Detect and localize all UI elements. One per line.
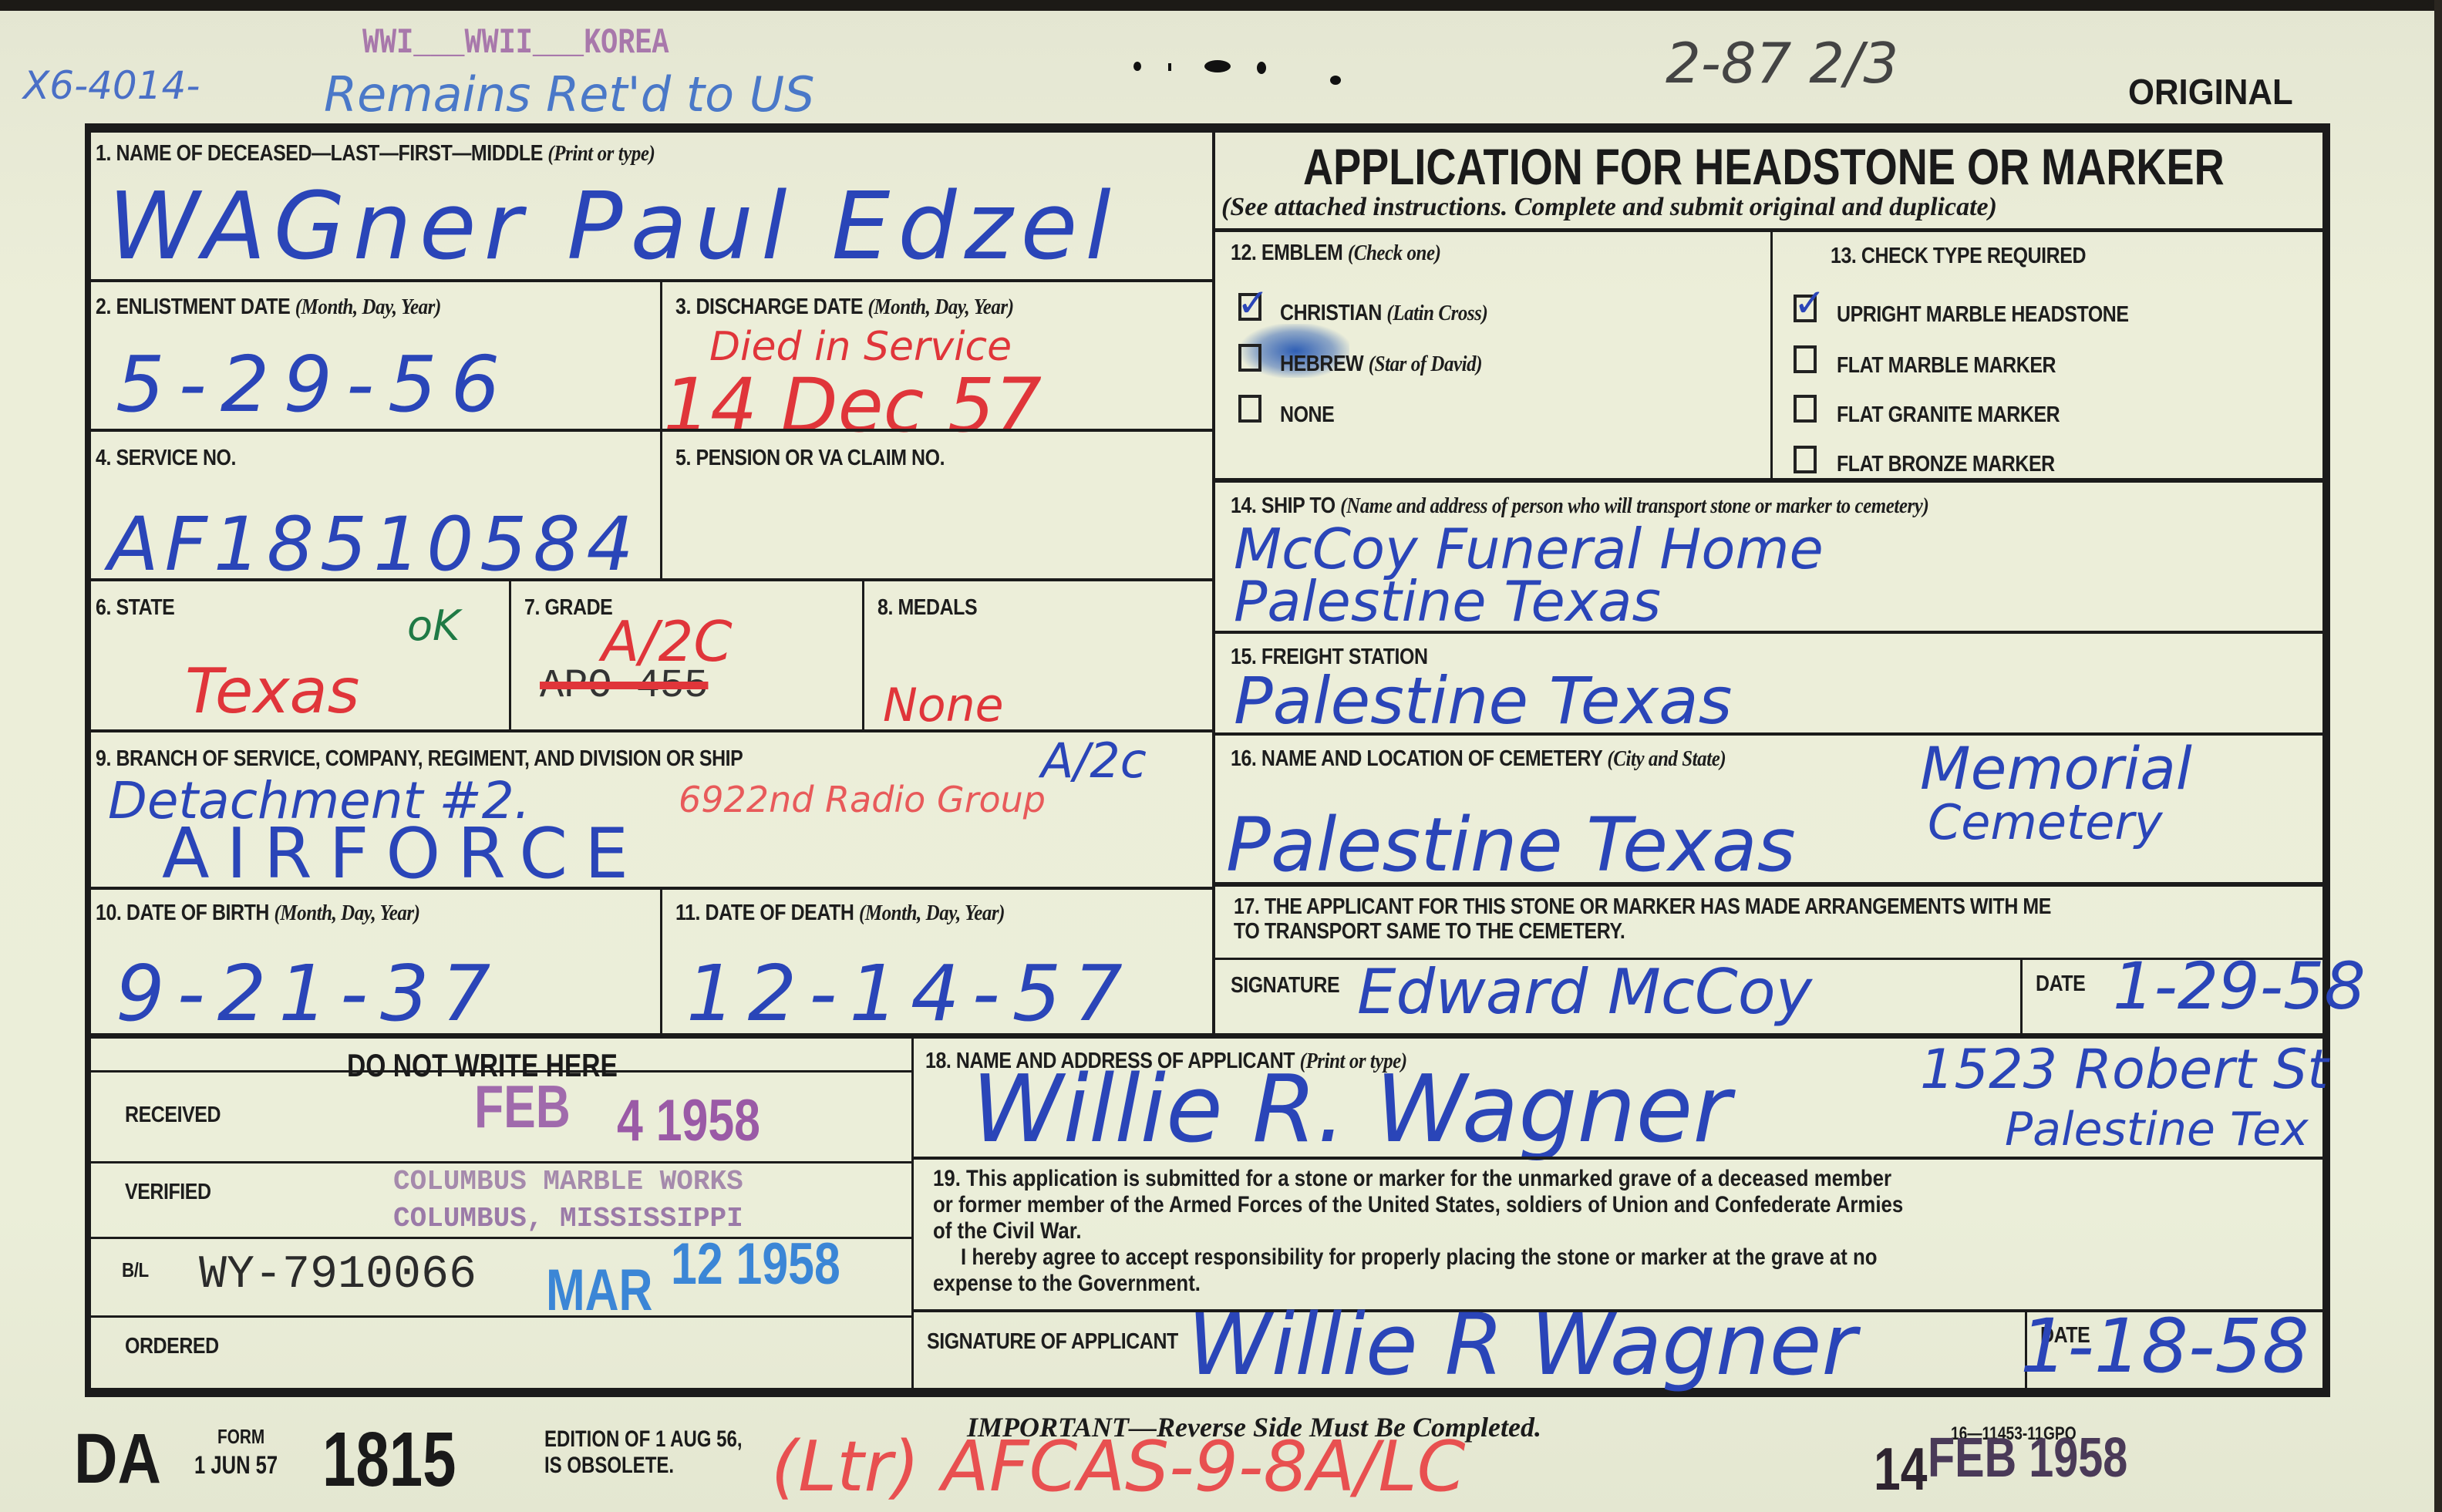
row-line	[1215, 478, 2322, 483]
type-upright-label: UPRIGHT MARBLE HEADSTONE	[1837, 302, 2129, 328]
cemetery-value-line2[interactable]: Cemetery	[1928, 794, 2163, 850]
cell-divider	[862, 581, 864, 732]
death-value[interactable]: 12-14-57	[686, 948, 1135, 1039]
medals-label: 8. MEDALS	[877, 595, 977, 621]
emblem-none-label: NONE	[1280, 402, 1334, 428]
cell-divider	[660, 282, 662, 430]
row-line	[91, 578, 1214, 581]
service-no-value[interactable]: AF18510584	[108, 501, 640, 588]
statement-line3: of the Civil War.	[933, 1218, 1082, 1244]
emblem-hebrew-label: HEBREW (Star of David)	[1280, 352, 1482, 377]
grade-struck-value: APO 455	[540, 663, 708, 709]
branch-red-note: 6922nd Radio Group	[679, 779, 1046, 820]
ship-to-label: 14. SHIP TO (Name and address of person …	[1231, 493, 1928, 519]
applicant-address-line2[interactable]: Palestine Tex	[2005, 1103, 2309, 1157]
emblem-label: 12. EMBLEM (Check one)	[1231, 241, 1441, 266]
bl-stamp-month: MAR	[546, 1257, 652, 1324]
type-flat-bronze-label: FLAT BRONZE MARKER	[1837, 452, 2055, 477]
cell-divider	[660, 432, 662, 578]
checkmark-icon: ✓	[1237, 284, 1269, 322]
grade-label: 7. GRADE	[524, 595, 612, 621]
received-label: RECEIVED	[125, 1103, 221, 1128]
type-flat-marble-label: FLAT MARBLE MARKER	[1837, 353, 2056, 379]
type-flat-granite-label: FLAT GRANITE MARKER	[1837, 402, 2060, 428]
bl-value: WY-7910066	[199, 1249, 477, 1302]
verified-label: VERIFIED	[125, 1180, 211, 1205]
applicant-signature-label: SIGNATURE OF APPLICANT	[927, 1329, 1178, 1355]
cell-divider	[660, 890, 662, 1035]
applicant-address-line1[interactable]: 1523 Robert St	[1920, 1038, 2329, 1101]
row-line	[91, 1161, 911, 1163]
verified-stamp-line1: COLUMBUS MARBLE WORKS	[393, 1166, 743, 1197]
freight-value[interactable]: Palestine Texas	[1234, 663, 1732, 739]
transport-statement-line2: TO TRANSPORT SAME TO THE CEMETERY.	[1234, 919, 1625, 945]
batch-note: 2-87 2/3	[1666, 31, 1898, 96]
copy-label: ORIGINAL	[2128, 71, 2293, 113]
bl-label: B/L	[122, 1258, 149, 1282]
edition-line2: IS OBSOLETE.	[544, 1453, 674, 1479]
discharge-value[interactable]: 14 Dec 57	[663, 362, 1042, 449]
type-flat-marble-checkbox[interactable]	[1794, 345, 1817, 373]
cell-divider	[509, 581, 511, 732]
state-value[interactable]: Texas	[185, 655, 359, 727]
type-required-label: 13. CHECK TYPE REQUIRED	[1831, 244, 2086, 269]
footer-red-note: (Ltr) AFCAS-9-8A/LC	[771, 1426, 1465, 1507]
row-line	[91, 1315, 911, 1318]
punch-holes	[1133, 60, 1349, 76]
bl-stamp-day-year: 12 1958	[671, 1231, 840, 1298]
ordered-label: ORDERED	[125, 1334, 219, 1359]
row-line	[1215, 228, 2322, 232]
birth-label: 10. DATE OF BIRTH (Month, Day, Year)	[96, 901, 420, 926]
checkmark-icon: ✓	[1794, 284, 1826, 322]
right-edge	[2434, 0, 2442, 1512]
form-word: FORM	[217, 1425, 264, 1449]
verified-stamp-line2: COLUMBUS, MISSISSIPPI	[393, 1203, 743, 1234]
statement-line4: I hereby agree to accept responsibility …	[961, 1244, 1878, 1271]
state-ok-mark: oK	[407, 601, 460, 650]
remarks-note: Remains Ret'd to US	[324, 66, 814, 123]
emblem-christian-label: CHRISTIAN (Latin Cross)	[1280, 301, 1487, 326]
form-number: 1815	[322, 1416, 456, 1504]
file-note: X6-4014-	[23, 63, 200, 108]
enlistment-value[interactable]: 5-29-56	[116, 339, 514, 429]
form-date: 1 JUN 57	[194, 1451, 278, 1480]
row-line	[91, 887, 1214, 890]
date-stamp-day: 14	[1874, 1434, 1927, 1504]
transport-signature-label: SIGNATURE	[1231, 973, 1339, 998]
row-line	[1215, 882, 2322, 887]
enlistment-label: 2. ENLISTMENT DATE (Month, Day, Year)	[96, 295, 441, 320]
column-divider	[911, 1039, 914, 1389]
date-stamp-rest: FEB 1958	[1928, 1426, 2127, 1490]
emblem-none-checkbox[interactable]	[1238, 395, 1261, 423]
row-line	[914, 1157, 2323, 1160]
type-flat-bronze-checkbox[interactable]	[1794, 446, 1817, 473]
frame-top	[85, 123, 2330, 133]
transport-date-label: DATE	[2036, 972, 2085, 997]
type-flat-granite-checkbox[interactable]	[1794, 395, 1817, 423]
service-no-label: 4. SERVICE NO.	[96, 446, 236, 471]
cemetery-value-line3[interactable]: Palestine Texas	[1226, 802, 1796, 888]
statement-line2: or former member of the Armed Forces of …	[933, 1192, 1903, 1218]
applicant-date-value[interactable]: 1-18-58	[2020, 1303, 2309, 1389]
applicant-signature-value[interactable]: Willie R Wagner	[1187, 1295, 1857, 1394]
applicant-name-value[interactable]: Willie R. Wagner	[972, 1056, 1731, 1163]
form-title: APPLICATION FOR HEADSTONE OR MARKER	[1303, 137, 2225, 196]
form-subtitle: (See attached instructions. Complete and…	[1221, 193, 1997, 222]
branch-label: 9. BRANCH OF SERVICE, COMPANY, REGIMENT,…	[96, 746, 743, 772]
war-stamp: WWI___WWII___KOREA	[362, 23, 669, 63]
edition-line1: EDITION OF 1 AUG 56,	[544, 1426, 743, 1453]
row-line	[91, 279, 1214, 282]
cemetery-label: 16. NAME AND LOCATION OF CEMETERY (City …	[1231, 746, 1726, 772]
row-line	[1215, 631, 2322, 634]
ship-to-value-line2[interactable]: Palestine Texas	[1234, 569, 1661, 634]
statement-line5: expense to the Government.	[933, 1271, 1201, 1297]
birth-value[interactable]: 9-21-37	[116, 948, 503, 1039]
branch-grade-note: A/2c	[1041, 732, 1147, 789]
statement-line1: 19. This application is submitted for a …	[933, 1166, 1891, 1192]
state-label: 6. STATE	[96, 595, 174, 621]
form-prefix: DA	[74, 1419, 161, 1500]
medals-value[interactable]: None	[883, 679, 1004, 732]
death-label: 11. DATE OF DEATH (Month, Day, Year)	[675, 901, 1005, 926]
frame-left	[85, 123, 91, 1396]
transport-statement-line1: 17. THE APPLICANT FOR THIS STONE OR MARK…	[1234, 894, 2051, 920]
cemetery-value-line1[interactable]: Memorial	[1920, 734, 2192, 803]
discharge-label: 3. DISCHARGE DATE (Month, Day, Year)	[675, 295, 1014, 320]
transport-signature-value[interactable]: Edward McCoy	[1357, 956, 1812, 1028]
frame-right	[2322, 123, 2330, 1396]
received-stamp-day-year: 4 1958	[617, 1087, 760, 1154]
name-value[interactable]: WAGner Paul Edzel	[108, 173, 1119, 281]
column-divider	[1212, 133, 1215, 1035]
name-label: 1. NAME OF DECEASED—LAST—FIRST—MIDDLE (P…	[96, 141, 655, 167]
received-stamp-month: FEB	[474, 1072, 571, 1142]
branch-value-line2[interactable]: AIRFORCE	[162, 813, 645, 894]
pension-label: 5. PENSION OR VA CLAIM NO.	[675, 446, 945, 471]
top-edge	[0, 0, 2442, 11]
transport-date-value[interactable]: 1-29-58	[2113, 948, 2366, 1024]
row-line	[91, 429, 1214, 432]
cell-divider	[2020, 960, 2023, 1034]
cell-divider	[1770, 232, 1773, 479]
emblem-hebrew-checkbox[interactable]	[1238, 344, 1261, 372]
